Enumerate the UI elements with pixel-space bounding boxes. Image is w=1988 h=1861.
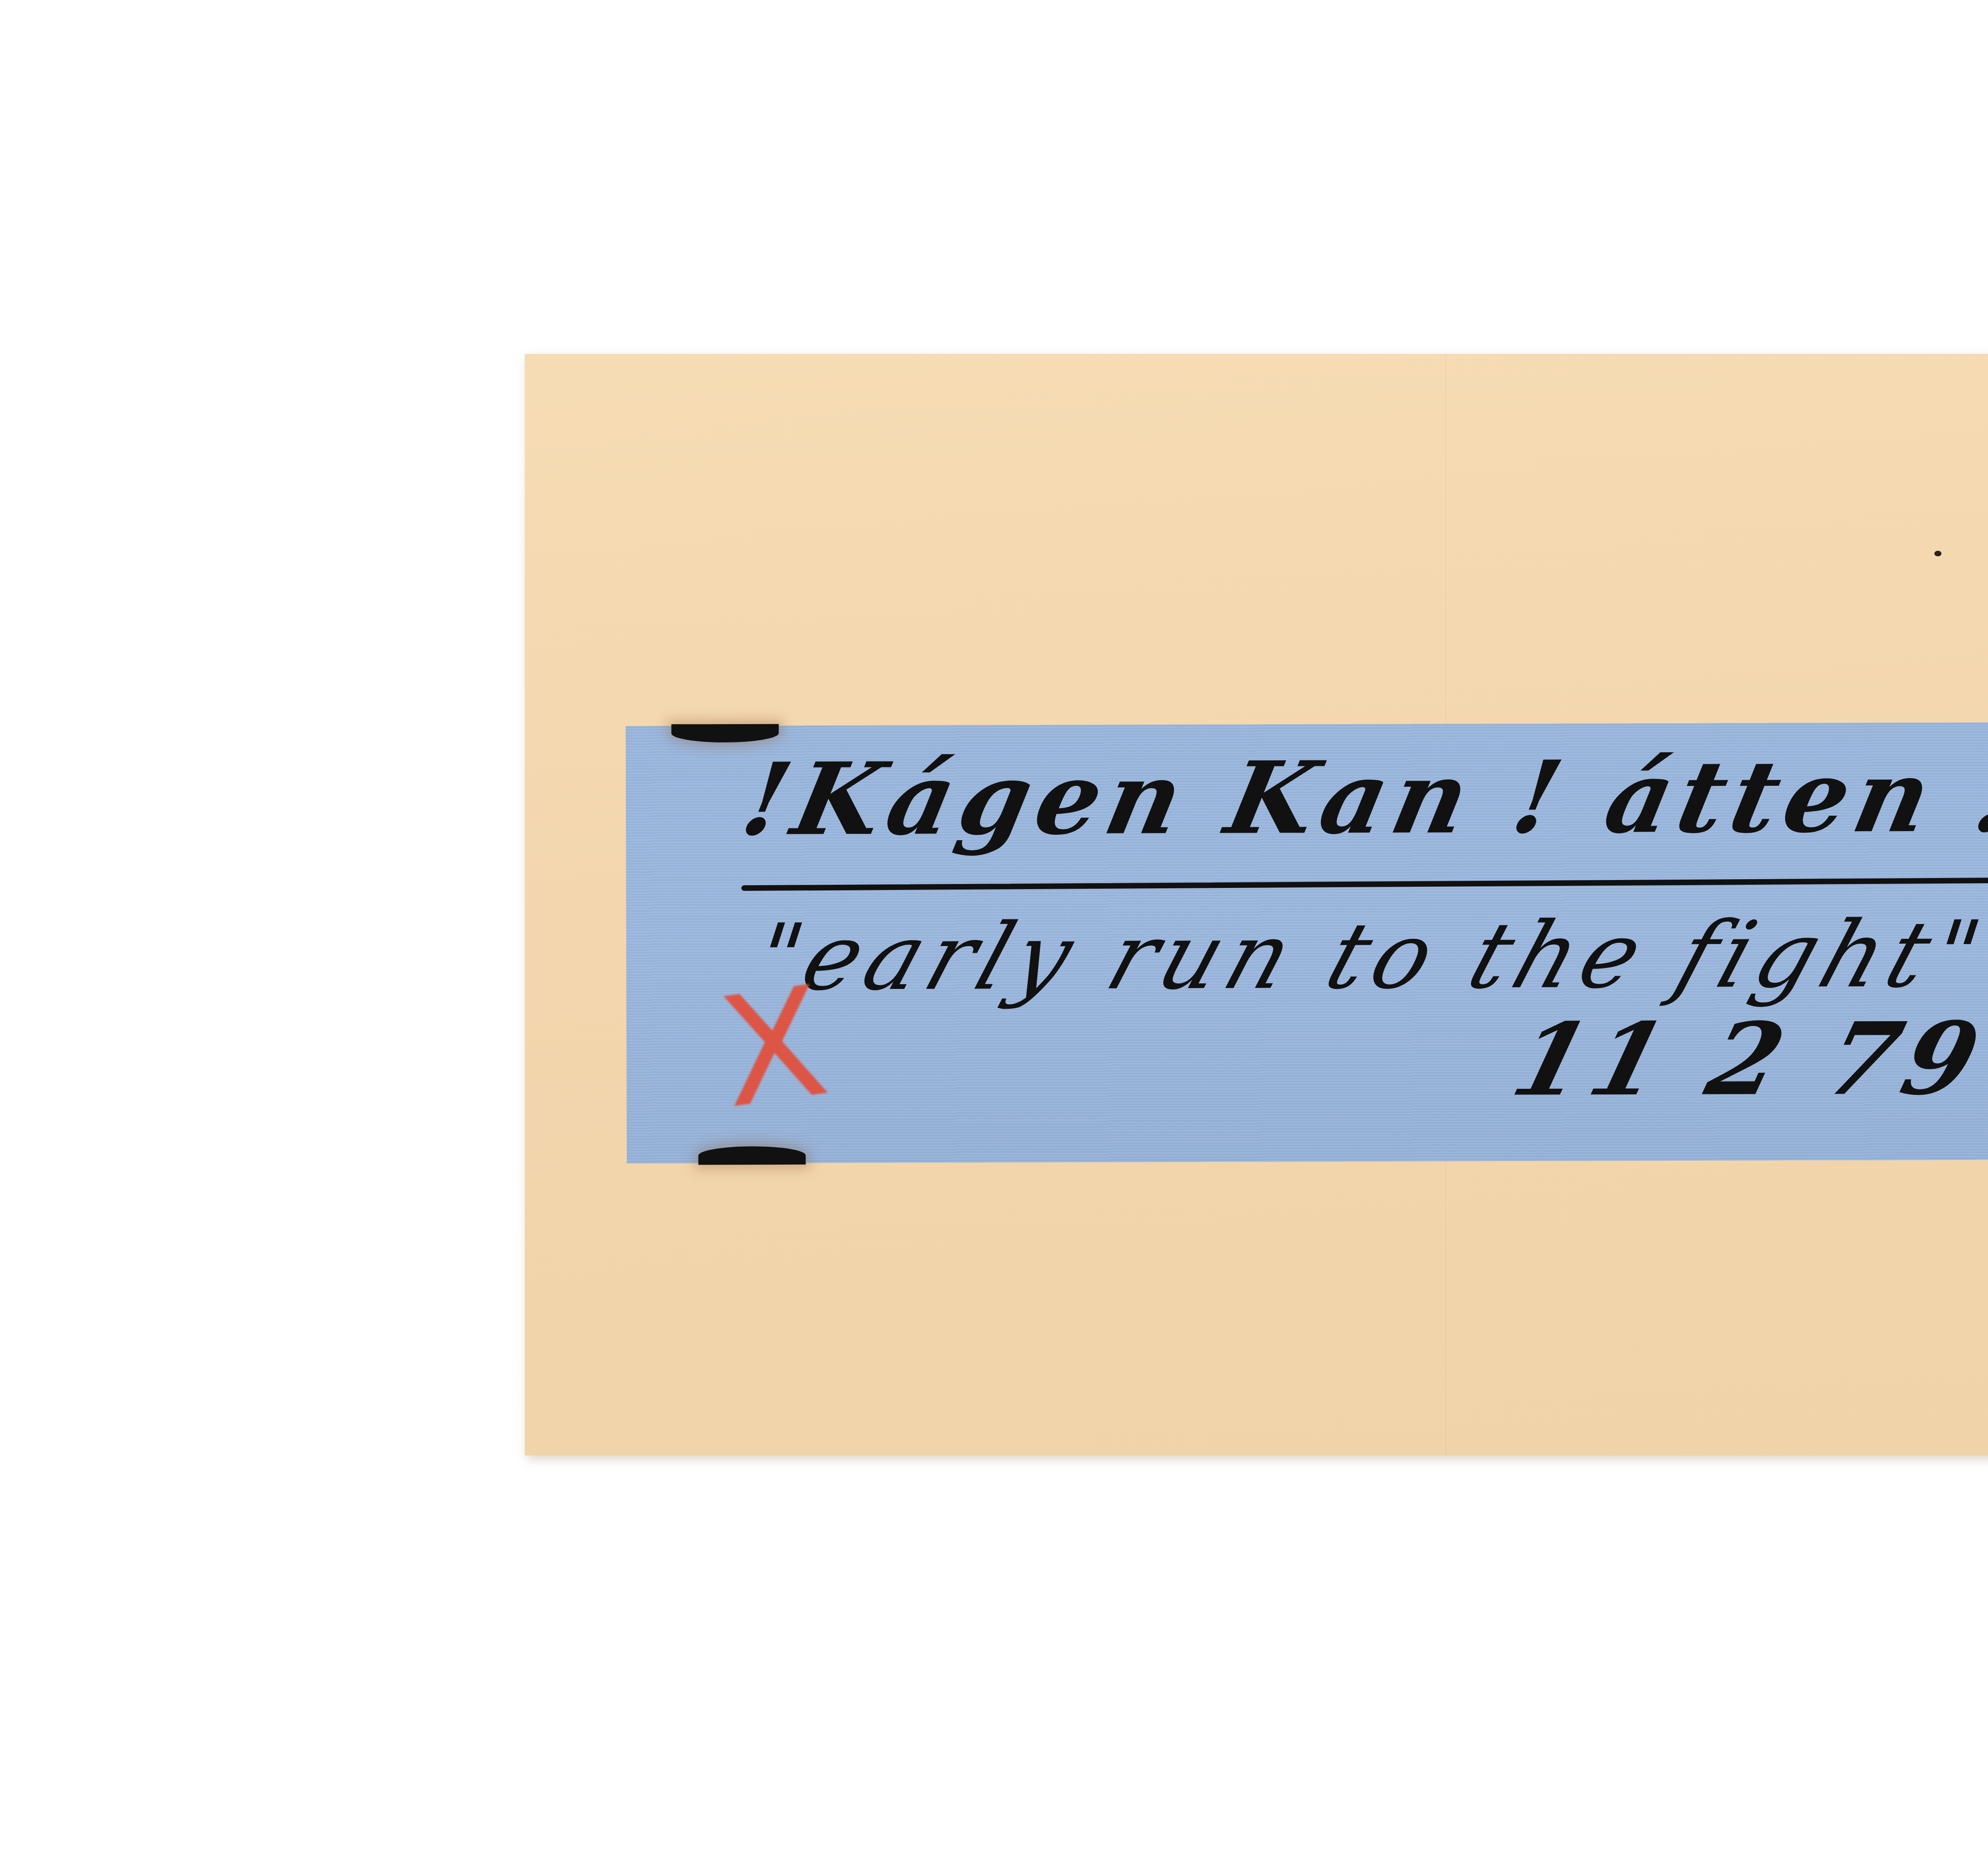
heading-underline bbox=[742, 876, 1988, 891]
red-x-mark: X bbox=[712, 965, 836, 1130]
pin-hole-top bbox=[672, 724, 779, 743]
slip-line-date: 11 2 79 bbox=[1504, 1009, 1988, 1109]
slip-line-translation: "early run to the fight" bbox=[743, 909, 1988, 1004]
pin-hole-bottom bbox=[698, 1146, 806, 1165]
slip-line-heading: !Kágen Kan ! átten ! nū bbox=[735, 746, 1988, 849]
blemish-spot bbox=[1934, 551, 1941, 556]
handwritten-slip: !Kágen Kan ! átten ! nū "early run to th… bbox=[626, 721, 1988, 1163]
